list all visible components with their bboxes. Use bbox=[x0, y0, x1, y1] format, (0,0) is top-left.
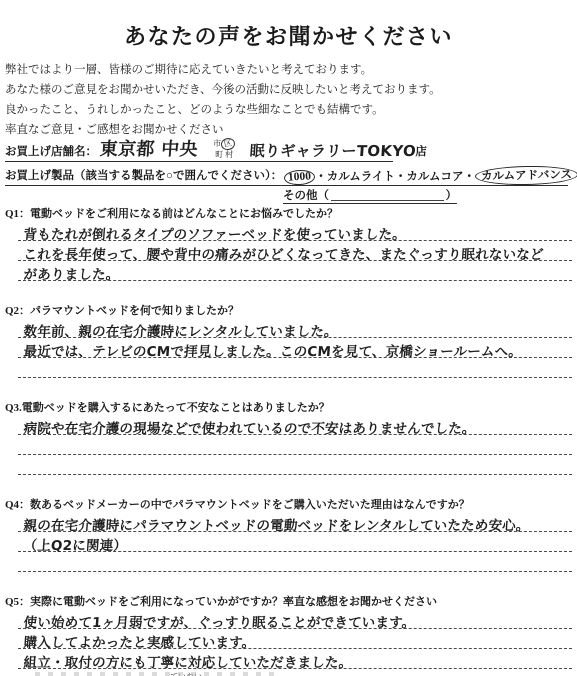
answer-line: 最近では、テレビのCMで拝見しました。このCMを見て、京橋ショールームへ。 bbox=[18, 338, 572, 358]
answer-line bbox=[18, 552, 572, 572]
answer-line: がありました。 bbox=[18, 261, 572, 281]
store-city-handwriting: 東京都 中央 bbox=[99, 135, 199, 161]
store-suffix: 店 bbox=[415, 143, 427, 161]
answer-line: 親の在宅介護時にパラマウントベッドの電動ベッドをレンタルしていたため安心。 bbox=[18, 512, 572, 532]
intro-line-3: 良かったこと、うれしかったこと、どのような些細なことでも結構です。 bbox=[5, 100, 577, 120]
answer-line: 背もたれが倒れるタイプのソファーベッドを使っていました。 bbox=[18, 221, 572, 241]
intro-line-2: あなた様のご意見をお聞かせいただき、今後の活動に反映したいと考えております。 bbox=[5, 80, 577, 100]
question-label-q2: Q2：パラマウントベッドを何で知りましたか？ bbox=[5, 305, 572, 318]
question-label-q1: Q1：電動ベッドをご利用になる前はどんなことにお悩みでしたか？ bbox=[5, 208, 572, 221]
other-blank-line bbox=[331, 188, 444, 201]
answer-handwriting: 親の在宅介護時にパラマウントベッドの電動ベッドをレンタルしていたため安心。 bbox=[23, 514, 530, 534]
store-name-field: お買上げ店舗名： 東京都 中央 市区 町 村 眠りギャラリーTOKYO 店 bbox=[5, 131, 393, 162]
other-close-paren: ） bbox=[446, 187, 458, 203]
answer-line: 数年前、親の在宅介護時にレンタルしていました。 bbox=[18, 318, 572, 338]
question-block-q4: Q4：数あるベッドメーカーの中でパラマウントベッドをご購入いただいた理由はなんで… bbox=[5, 499, 572, 572]
question-label-q5: Q5：実際に電動ベッドをご利用になっていかがですか？率直な感想をお聞かせください bbox=[5, 596, 572, 609]
stamp-row-cho-son: 町 村 bbox=[215, 150, 233, 159]
intro-line-1: 弊社ではより一層、皆様のご期待に応えていきたいと考えております。 bbox=[5, 60, 577, 80]
question-block-q3: Q3.電動ベッドを購入するにあたって不安なことはありましたか？ 病院や在宅介護の… bbox=[5, 402, 572, 475]
question-block-q2: Q2：パラマウントベッドを何で知りましたか？ 数年前、親の在宅介護時にレンタルし… bbox=[5, 305, 572, 378]
stamp-son: 村 bbox=[225, 150, 233, 159]
stamp-ku-circled: 区 bbox=[220, 137, 236, 151]
answer-handwriting: 背もたれが倒れるタイプのソファーベッドを使っていました。 bbox=[23, 223, 407, 243]
answer-line bbox=[18, 455, 572, 475]
product-other-field: その他（ ） bbox=[283, 188, 457, 204]
answer-line: これを長年使って、腰や背中の痛みがひどくなってきた、またぐっすり眠れないなど bbox=[18, 241, 572, 261]
intro-paragraph: 弊社ではより一層、皆様のご期待に応えていきたいと考えております。 あなた様のご意… bbox=[5, 60, 577, 140]
questionnaire-scan: あなたの声をお聞かせください 弊社ではより一層、皆様のご期待に応えていきたいと考… bbox=[0, 0, 577, 676]
product-option-calmlight: カルムライト bbox=[327, 168, 395, 185]
store-name-handwriting: 眠りギャラリーTOKYO bbox=[249, 140, 417, 161]
city-ward-stamp: 市区 町 村 bbox=[213, 138, 235, 159]
answer-line: （上Q2に関連） bbox=[18, 532, 572, 552]
answer-handwriting: 組立・取付の方にも丁寧に対応していただきました。 bbox=[23, 651, 353, 671]
stamp-cho: 町 bbox=[215, 150, 223, 159]
answer-handwriting: 数年前、親の在宅介護時にレンタルしていました。 bbox=[23, 320, 339, 340]
question-label-q3: Q3.電動ベッドを購入するにあたって不安なことはありましたか？ bbox=[5, 402, 572, 415]
cutoff-text-artifact bbox=[35, 672, 280, 676]
other-label: その他（ bbox=[283, 187, 329, 203]
option-separator: ・ bbox=[395, 168, 407, 185]
product-option-calmcore: カルムコア bbox=[406, 168, 463, 185]
answer-line: 病院や在宅介護の現場などで使われているので不安はありませんでした。 bbox=[18, 415, 572, 435]
option-separator: ・ bbox=[463, 168, 475, 185]
option-separator: ・ bbox=[315, 168, 327, 185]
store-name-label: お買上げ店舗名： bbox=[5, 143, 97, 161]
answer-line: 使い始めて1ヶ月弱ですが、ぐっすり眠ることができています。 bbox=[18, 609, 572, 629]
answer-handwriting: 病院や在宅介護の現場などで使われているので不安はありませんでした。 bbox=[23, 417, 477, 437]
answer-handwriting: 購入してよかったと実感しています。 bbox=[23, 631, 256, 651]
product-label: お買上げ製品（該当する製品を○で囲んでください）： bbox=[5, 167, 282, 185]
form-title: あなたの声をお聞かせください bbox=[0, 20, 577, 51]
answer-handwriting: 使い始めて1ヶ月弱ですが、ぐっすり眠ることができています。 bbox=[23, 611, 416, 631]
question-block-q1: Q1：電動ベッドをご利用になる前はどんなことにお悩みでしたか？ 背もたれが倒れる… bbox=[5, 208, 572, 281]
product-field: お買上げ製品（該当する製品を○で囲んでください）： 1000 ・ カルムライト … bbox=[5, 165, 568, 186]
answer-line bbox=[18, 358, 572, 378]
stamp-row-shi-ku: 市区 bbox=[213, 138, 235, 150]
answer-line bbox=[18, 435, 572, 455]
question-label-q4: Q4：数あるベッドメーカーの中でパラマウントベッドをご購入いただいた理由はなんで… bbox=[5, 499, 572, 512]
answer-line: 組立・取付の方にも丁寧に対応していただきました。 ていねい bbox=[18, 649, 572, 669]
answer-handwriting: これを長年使って、腰や背中の痛みがひどくなってきた、またぐっすり眠れないなど bbox=[23, 243, 544, 263]
question-block-q5: Q5：実際に電動ベッドをご利用になっていかがですか？率直な感想をお聞かせください… bbox=[5, 596, 572, 669]
product-option-calmadvance-circled: カルムアドバンス bbox=[475, 165, 577, 186]
answer-line: 購入してよかったと実感しています。 bbox=[18, 629, 572, 649]
answer-handwriting: 最近では、テレビのCMで拝見しました。このCMを見て、京橋ショールームへ。 bbox=[23, 340, 523, 360]
answer-handwriting: がありました。 bbox=[23, 263, 120, 283]
answer-handwriting: （上Q2に関連） bbox=[23, 534, 128, 554]
product-option-1000-circled: 1000 bbox=[284, 169, 316, 186]
